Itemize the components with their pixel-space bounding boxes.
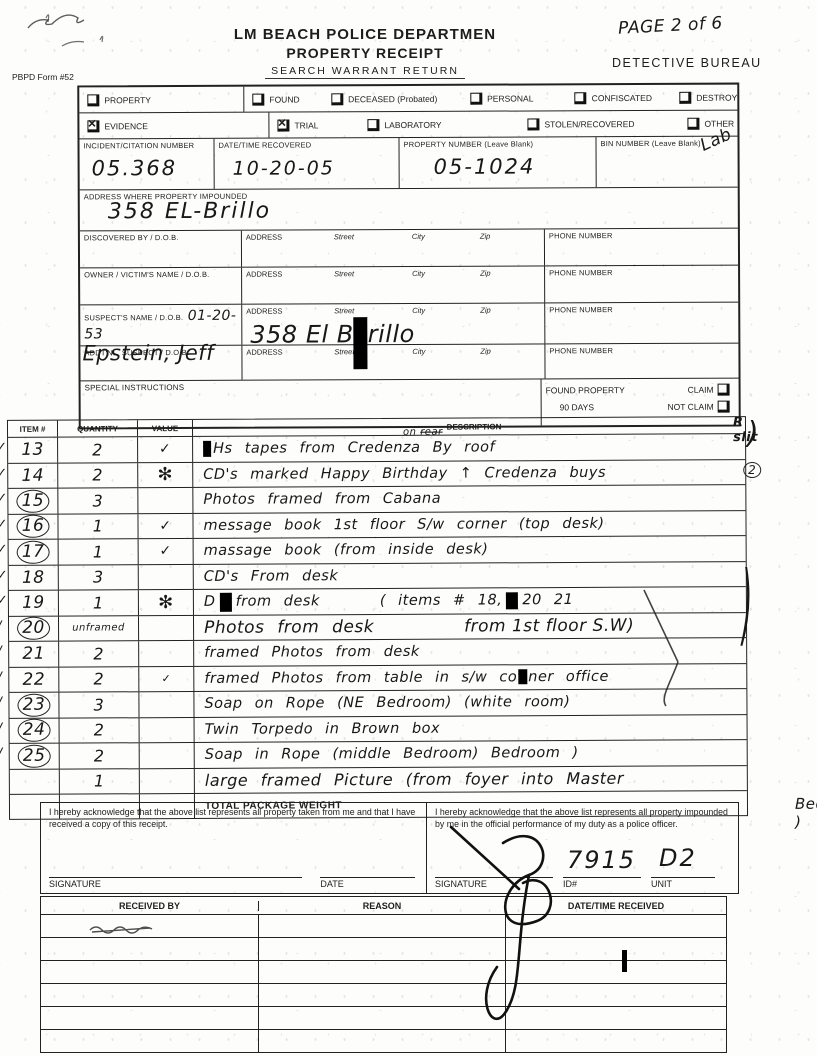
margin-checkmark: ✓ xyxy=(0,440,8,455)
checkbox-label: TRIAL xyxy=(294,120,318,130)
item-number: 25 xyxy=(18,744,51,767)
item-row-15: ✓ 15 3 Photos framed from Cabana xyxy=(8,485,745,514)
item-description-part: D xyxy=(204,594,216,610)
owner-acknowledgment-box: I hereby acknowledge that the above list… xyxy=(40,802,427,894)
incident-row: INCIDENT/CITATION NUMBER 05.368 DATE/TIM… xyxy=(79,137,737,191)
item-number: 20 xyxy=(17,617,50,640)
item-number: 23 xyxy=(18,693,51,716)
field-label: ADDT'NL. SUSPECT / D.O.B. xyxy=(84,348,237,358)
field-label: PHONE NUMBER xyxy=(549,268,734,278)
description-col-header: DESCRIPTION R slit xyxy=(193,417,745,436)
zip-label: Zip xyxy=(480,347,490,356)
item-quantity: 2 xyxy=(92,440,103,459)
property-receipt-scan: PBPD Form #52 LM BEACH POLICE DEPARTMEN … xyxy=(0,0,817,1056)
addtnl-phone-field[interactable]: PHONE NUMBER xyxy=(545,344,738,379)
item-row-26: 1 large framed Picture (from foyer into … xyxy=(10,766,747,795)
zip-label: Zip xyxy=(480,306,490,315)
item-quantity: 1 xyxy=(93,542,104,561)
item-quantity: 3 xyxy=(94,695,105,714)
quantity-col-header: QUANTITY xyxy=(58,420,138,436)
evidence-checkbox-icon[interactable] xyxy=(87,120,99,132)
personal-checkbox-icon[interactable] xyxy=(470,92,482,104)
found-property-label: FOUND PROPERTY xyxy=(546,385,625,395)
additional-suspect-row: ADDT'NL. SUSPECT / D.O.B. ADDRESSStreetC… xyxy=(80,344,738,382)
deceased-checkbox-icon[interactable] xyxy=(331,93,343,105)
owner-victim-row: OWNER / VICTIM'S NAME / D.O.B. ADDRESSSt… xyxy=(80,266,738,306)
item-value-mark: ✓ xyxy=(159,441,171,457)
chain-of-custody-table: RECEIVED BY REASON DATE/TIME RECEIVED xyxy=(40,896,727,1053)
margin-checkmark: ✓ xyxy=(0,593,8,608)
item-number: 17 xyxy=(17,540,50,563)
addtnl-suspect-field[interactable]: ADDT'NL. SUSPECT / D.O.B. xyxy=(80,346,242,381)
item-value-mark: ✓ xyxy=(159,543,171,559)
checkbox-found[interactable]: FOUND xyxy=(244,93,323,105)
checkbox-label: FOUND xyxy=(269,94,299,104)
description-header-label: DESCRIPTION xyxy=(447,422,502,431)
checkbox-label: DECEASED (Probated) xyxy=(348,93,437,103)
city-label: City xyxy=(412,232,480,241)
margin-brace-mark: ) xyxy=(742,556,753,658)
checkbox-stolen-recovered[interactable]: STOLEN/RECOVERED xyxy=(519,117,679,130)
found-checkbox-icon[interactable] xyxy=(252,93,264,105)
suspect-name-field[interactable]: SUSPECT'S NAME / D.O.B. 01-20-53 Epstein… xyxy=(80,305,242,346)
address-label: ADDRESS xyxy=(246,269,334,278)
item-description-part: 20 21 xyxy=(522,592,573,608)
item-description: massage book (from inside desk) xyxy=(204,542,489,559)
item-description: Soap in Rope (middle Bedroom) Bedroom ) xyxy=(205,745,579,763)
checkbox-property[interactable]: PROPERTY xyxy=(79,87,244,113)
checkbox-label: DESTROY xyxy=(696,92,737,102)
field-label: PHONE NUMBER xyxy=(549,346,734,356)
destroy-checkbox-icon[interactable] xyxy=(679,91,691,103)
discovered-phone-field[interactable]: PHONE NUMBER xyxy=(545,229,738,266)
item-quantity: 2 xyxy=(93,670,104,689)
laboratory-checkbox-icon[interactable] xyxy=(367,119,379,131)
field-label: PROPERTY NUMBER (Leave Blank) xyxy=(403,139,591,149)
item-number: 13 xyxy=(21,440,44,460)
item-quantity: 2 xyxy=(94,746,105,765)
checkbox-label: LABORATORY xyxy=(384,119,441,129)
field-label: PHONE NUMBER xyxy=(549,231,734,241)
handwritten-page-number: PAGE 2 of 6 xyxy=(618,13,724,38)
address-label: ADDRESS xyxy=(246,347,334,356)
margin-scribble-icon xyxy=(22,6,152,54)
address-impounded-value: 358 EL-Brillo xyxy=(108,197,738,225)
addtnl-address-field[interactable]: ADDRESSStreetCityZip xyxy=(242,344,545,379)
unit-line[interactable]: D2 UNIT xyxy=(651,877,715,889)
officer-unit-value: D2 xyxy=(659,844,697,872)
margin-checkmark: / xyxy=(0,695,2,710)
discovered-address-field[interactable]: ADDRESSStreetCityZip xyxy=(242,229,545,266)
item-quantity: 2 xyxy=(93,644,104,663)
checkbox-deceased[interactable]: DECEASED (Probated) xyxy=(323,92,462,105)
received-by-header: RECEIVED BY xyxy=(41,901,259,911)
item-quantity: 2 xyxy=(94,721,105,740)
received-row[interactable] xyxy=(41,984,726,1007)
date-recovered-value: 10-20-05 xyxy=(233,157,395,180)
handwritten-note-above: on rear xyxy=(403,427,443,438)
zip-label: Zip xyxy=(480,232,490,241)
city-label: City xyxy=(412,269,480,278)
bureau-label: DETECTIVE BUREAU xyxy=(612,56,762,70)
claim-checkbox-icon[interactable] xyxy=(718,384,730,396)
suspect-row: SUSPECT'S NAME / D.O.B. 01-20-53 Epstein… xyxy=(80,303,738,347)
margin-checkmark: / xyxy=(0,669,2,684)
field-label: SUSPECT'S NAME / D.O.B. xyxy=(84,313,183,322)
item-description: large framed Picture (from foyer into Ma… xyxy=(205,769,624,790)
suspect-address-field[interactable]: ADDRESSStreetCityZip 358 El Brillo xyxy=(242,303,545,344)
item-quantity: 3 xyxy=(92,491,103,510)
address-impounded-field[interactable]: ADDRESS WHERE PROPERTY IMPOUNDED 358 EL-… xyxy=(80,188,738,232)
ninety-days-label: 90 DAYS xyxy=(560,402,594,412)
redaction-bar xyxy=(203,441,211,457)
value-col-header: VALUE xyxy=(138,420,193,436)
item-number: 24 xyxy=(18,719,51,742)
checkbox-other[interactable]: OTHER xyxy=(679,117,737,129)
property-classification-form: PROPERTY FOUND DECEASED (Probated) PERSO… xyxy=(77,83,740,430)
margin-checkmark: ✓ xyxy=(0,516,8,531)
item-value-mark: ✻ xyxy=(158,592,174,613)
margin-checkmark: / xyxy=(0,746,3,761)
classification-row-2: EVIDENCE TRIAL LABORATORY STOLEN/RECOVER… xyxy=(79,111,737,140)
field-label: PHONE NUMBER xyxy=(549,305,734,315)
redaction-bar xyxy=(220,593,232,612)
received-row[interactable] xyxy=(41,1030,726,1052)
item-row-24: / 24 2 Twin Torpedo in Brown box xyxy=(10,715,747,744)
trial-checkbox-icon[interactable] xyxy=(277,119,289,131)
department-title: LM BEACH POLICE DEPARTMEN xyxy=(180,26,550,43)
item-quantity: 2 xyxy=(92,466,103,485)
item-description: Photos framed from Cabana xyxy=(203,491,441,508)
incident-number-field[interactable]: INCIDENT/CITATION NUMBER 05.368 xyxy=(79,139,214,190)
document-header: PBPD Form #52 LM BEACH POLICE DEPARTMEN … xyxy=(0,0,817,84)
owner-address-field[interactable]: ADDRESSStreetCityZip xyxy=(242,266,545,303)
item-row-14: ✓ 14 2 ✻ CD's marked Happy Birthday ↑ Cr… xyxy=(8,460,745,489)
item-description: Hs tapes from Credenza By roof xyxy=(213,440,495,457)
item-description-part: framed Photos from table in s/w co xyxy=(204,669,517,687)
item-description: CD's marked Happy Birthday ↑ Credenza bu… xyxy=(203,465,606,483)
checkbox-label: CONFISCATED xyxy=(592,92,652,102)
not-claim-checkbox-icon[interactable] xyxy=(718,401,730,413)
city-label: City xyxy=(412,306,480,315)
field-label: OWNER / VICTIM'S NAME / D.O.B. xyxy=(84,270,237,280)
margin-paren-mark: ) xyxy=(747,416,759,451)
item-description: message book 1st floor S/w corner (top d… xyxy=(203,516,604,534)
zip-label: Zip xyxy=(480,269,490,278)
checkbox-label: STOLEN/RECOVERED xyxy=(544,119,634,129)
field-label: INCIDENT/CITATION NUMBER xyxy=(83,141,209,151)
date-recovered-field[interactable]: DATE/TIME RECOVERED 10-20-05 xyxy=(214,138,399,189)
circled-count-badge: 2 xyxy=(743,461,761,477)
margin-checkmark: ✓ xyxy=(0,491,8,506)
item-quantity: 3 xyxy=(93,568,104,587)
checkbox-confiscated[interactable]: CONFISCATED xyxy=(567,91,672,103)
claim-label: CLAIM xyxy=(688,385,714,395)
item-number: 21 xyxy=(22,644,45,664)
item-number: 18 xyxy=(22,567,45,587)
checkbox-destroy[interactable]: DESTROY xyxy=(671,91,737,103)
item-number: 22 xyxy=(22,669,45,689)
item-row-16: ✓ 16 1 ✓ message book 1st floor S/w corn… xyxy=(8,511,745,540)
item-row-13: ✓ 13 2 ✓ on rear Hs tapes from Credenza … xyxy=(8,434,745,463)
owner-acknowledgment-text: I hereby acknowledge that the above list… xyxy=(49,807,418,831)
item-number: 16 xyxy=(17,515,50,538)
suspect-phone-field[interactable]: PHONE NUMBER xyxy=(545,303,738,344)
field-label: SPECIAL INSTRUCTIONS xyxy=(85,381,537,392)
page-title: PROPERTY RECEIPT xyxy=(180,45,550,61)
classification-row-1: PROPERTY FOUND DECEASED (Probated) PERSO… xyxy=(79,85,737,114)
property-checkbox-icon[interactable] xyxy=(87,94,99,106)
checkbox-personal[interactable]: PERSONAL xyxy=(462,92,567,104)
stolen-checkbox-icon[interactable] xyxy=(527,118,539,130)
street-label: Street xyxy=(334,347,412,356)
checkbox-label: PROPERTY xyxy=(104,95,151,105)
item-number: 15 xyxy=(16,489,49,512)
item-number: 14 xyxy=(21,465,44,485)
unit-label: UNIT xyxy=(651,879,672,889)
officer-acknowledgment-box: I hereby acknowledge that the above list… xyxy=(427,802,739,894)
item-quantity: 1 xyxy=(93,593,104,612)
diagonal-stroke-mark xyxy=(600,588,710,708)
field-label: DISCOVERED BY / D.O.B. xyxy=(84,233,237,243)
checkbox-trial[interactable]: TRIAL xyxy=(269,119,359,131)
item-description: Soap on Rope (NE Bedroom) (white room) xyxy=(204,694,570,712)
suspect-address-part: rillo xyxy=(368,320,415,348)
item-row-17: ✓ 17 1 ✓ massage book (from inside desk) xyxy=(9,536,746,565)
item-value-mark: ✓ xyxy=(161,672,171,685)
margin-checkmark: ✓ xyxy=(0,567,8,582)
margin-checkmark: ✓ xyxy=(0,465,8,480)
confiscated-checkbox-icon[interactable] xyxy=(575,92,587,104)
owner-name-field[interactable]: OWNER / VICTIM'S NAME / D.O.B. xyxy=(80,268,242,305)
property-number-value: 05-1024 xyxy=(434,154,592,179)
item-description: Twin Torpedo in Brown box xyxy=(205,720,441,737)
item-row-25: / 25 2 Soap in Rope (middle Bedroom) Bed… xyxy=(10,740,747,769)
item-description-part: ( items # 18, xyxy=(380,593,503,610)
item-quantity: 1 xyxy=(94,772,105,791)
checkbox-label: PERSONAL xyxy=(487,93,533,103)
city-label: City xyxy=(412,347,480,356)
item-number: 19 xyxy=(22,593,45,613)
received-header-row: RECEIVED BY REASON DATE/TIME RECEIVED xyxy=(41,897,726,915)
form-number: PBPD Form #52 xyxy=(12,72,74,82)
item-value-mark: ✻ xyxy=(157,464,173,485)
other-checkbox-icon[interactable] xyxy=(687,117,699,129)
discovered-by-row: DISCOVERED BY / D.O.B. ADDRESSStreetCity… xyxy=(80,229,738,269)
item-description-part: from desk xyxy=(236,594,320,610)
document-subtitle: SEARCH WARRANT RETURN xyxy=(265,65,465,79)
redaction-bar xyxy=(506,592,518,609)
margin-checkmark: ✓ xyxy=(0,542,8,557)
received-row[interactable] xyxy=(41,1007,726,1030)
item-quantity: 1 xyxy=(93,517,104,536)
margin-checkmark: / xyxy=(0,618,2,633)
margin-checkmark: / xyxy=(0,720,3,735)
checkbox-evidence[interactable]: EVIDENCE xyxy=(79,113,269,139)
discovered-by-field[interactable]: DISCOVERED BY / D.O.B. xyxy=(80,231,242,268)
redaction-tick-mark xyxy=(622,950,627,972)
date-line[interactable]: DATE xyxy=(320,877,414,889)
item-value-mark: ✓ xyxy=(159,518,171,534)
handwritten-bedroom-note: Bedroom ) xyxy=(795,794,817,830)
street-label: Street xyxy=(334,269,412,278)
owner-phone-field[interactable]: PHONE NUMBER xyxy=(545,266,738,303)
item-description-part: ner office xyxy=(528,669,609,685)
signature-line[interactable]: SIGNATURE xyxy=(49,877,302,889)
address-label: ADDRESS xyxy=(246,232,334,241)
officer-signature-scrawl xyxy=(445,817,605,1017)
checkbox-label: EVIDENCE xyxy=(104,121,148,131)
incident-number-value: 05.368 xyxy=(92,156,210,181)
not-claim-label: NOT CLAIM xyxy=(667,402,713,412)
item-row-18: ✓ 18 3 CD's From desk xyxy=(9,562,746,591)
item-description: Photos from desk xyxy=(204,617,374,638)
not-claim-checkbox[interactable]: NOT CLAIM xyxy=(667,401,734,413)
received-by-scribble xyxy=(88,922,158,936)
redaction-bar xyxy=(518,669,527,684)
field-label: DATE/TIME RECOVERED xyxy=(218,140,394,150)
item-col-header: ITEM # xyxy=(8,421,58,437)
property-number-field[interactable]: PROPERTY NUMBER (Leave Blank) 05-1024 xyxy=(399,137,596,188)
checkbox-laboratory[interactable]: LABORATORY xyxy=(359,118,519,131)
acknowledgment-section: I hereby acknowledge that the above list… xyxy=(40,802,739,894)
item-description: framed Photos from desk xyxy=(204,644,420,661)
item-description: CD's From desk xyxy=(204,568,339,585)
street-label: Street xyxy=(334,232,412,241)
margin-checkmark: / xyxy=(0,644,2,659)
item-quantity: unframed xyxy=(72,623,125,634)
claim-checkbox[interactable]: CLAIM xyxy=(688,384,735,396)
